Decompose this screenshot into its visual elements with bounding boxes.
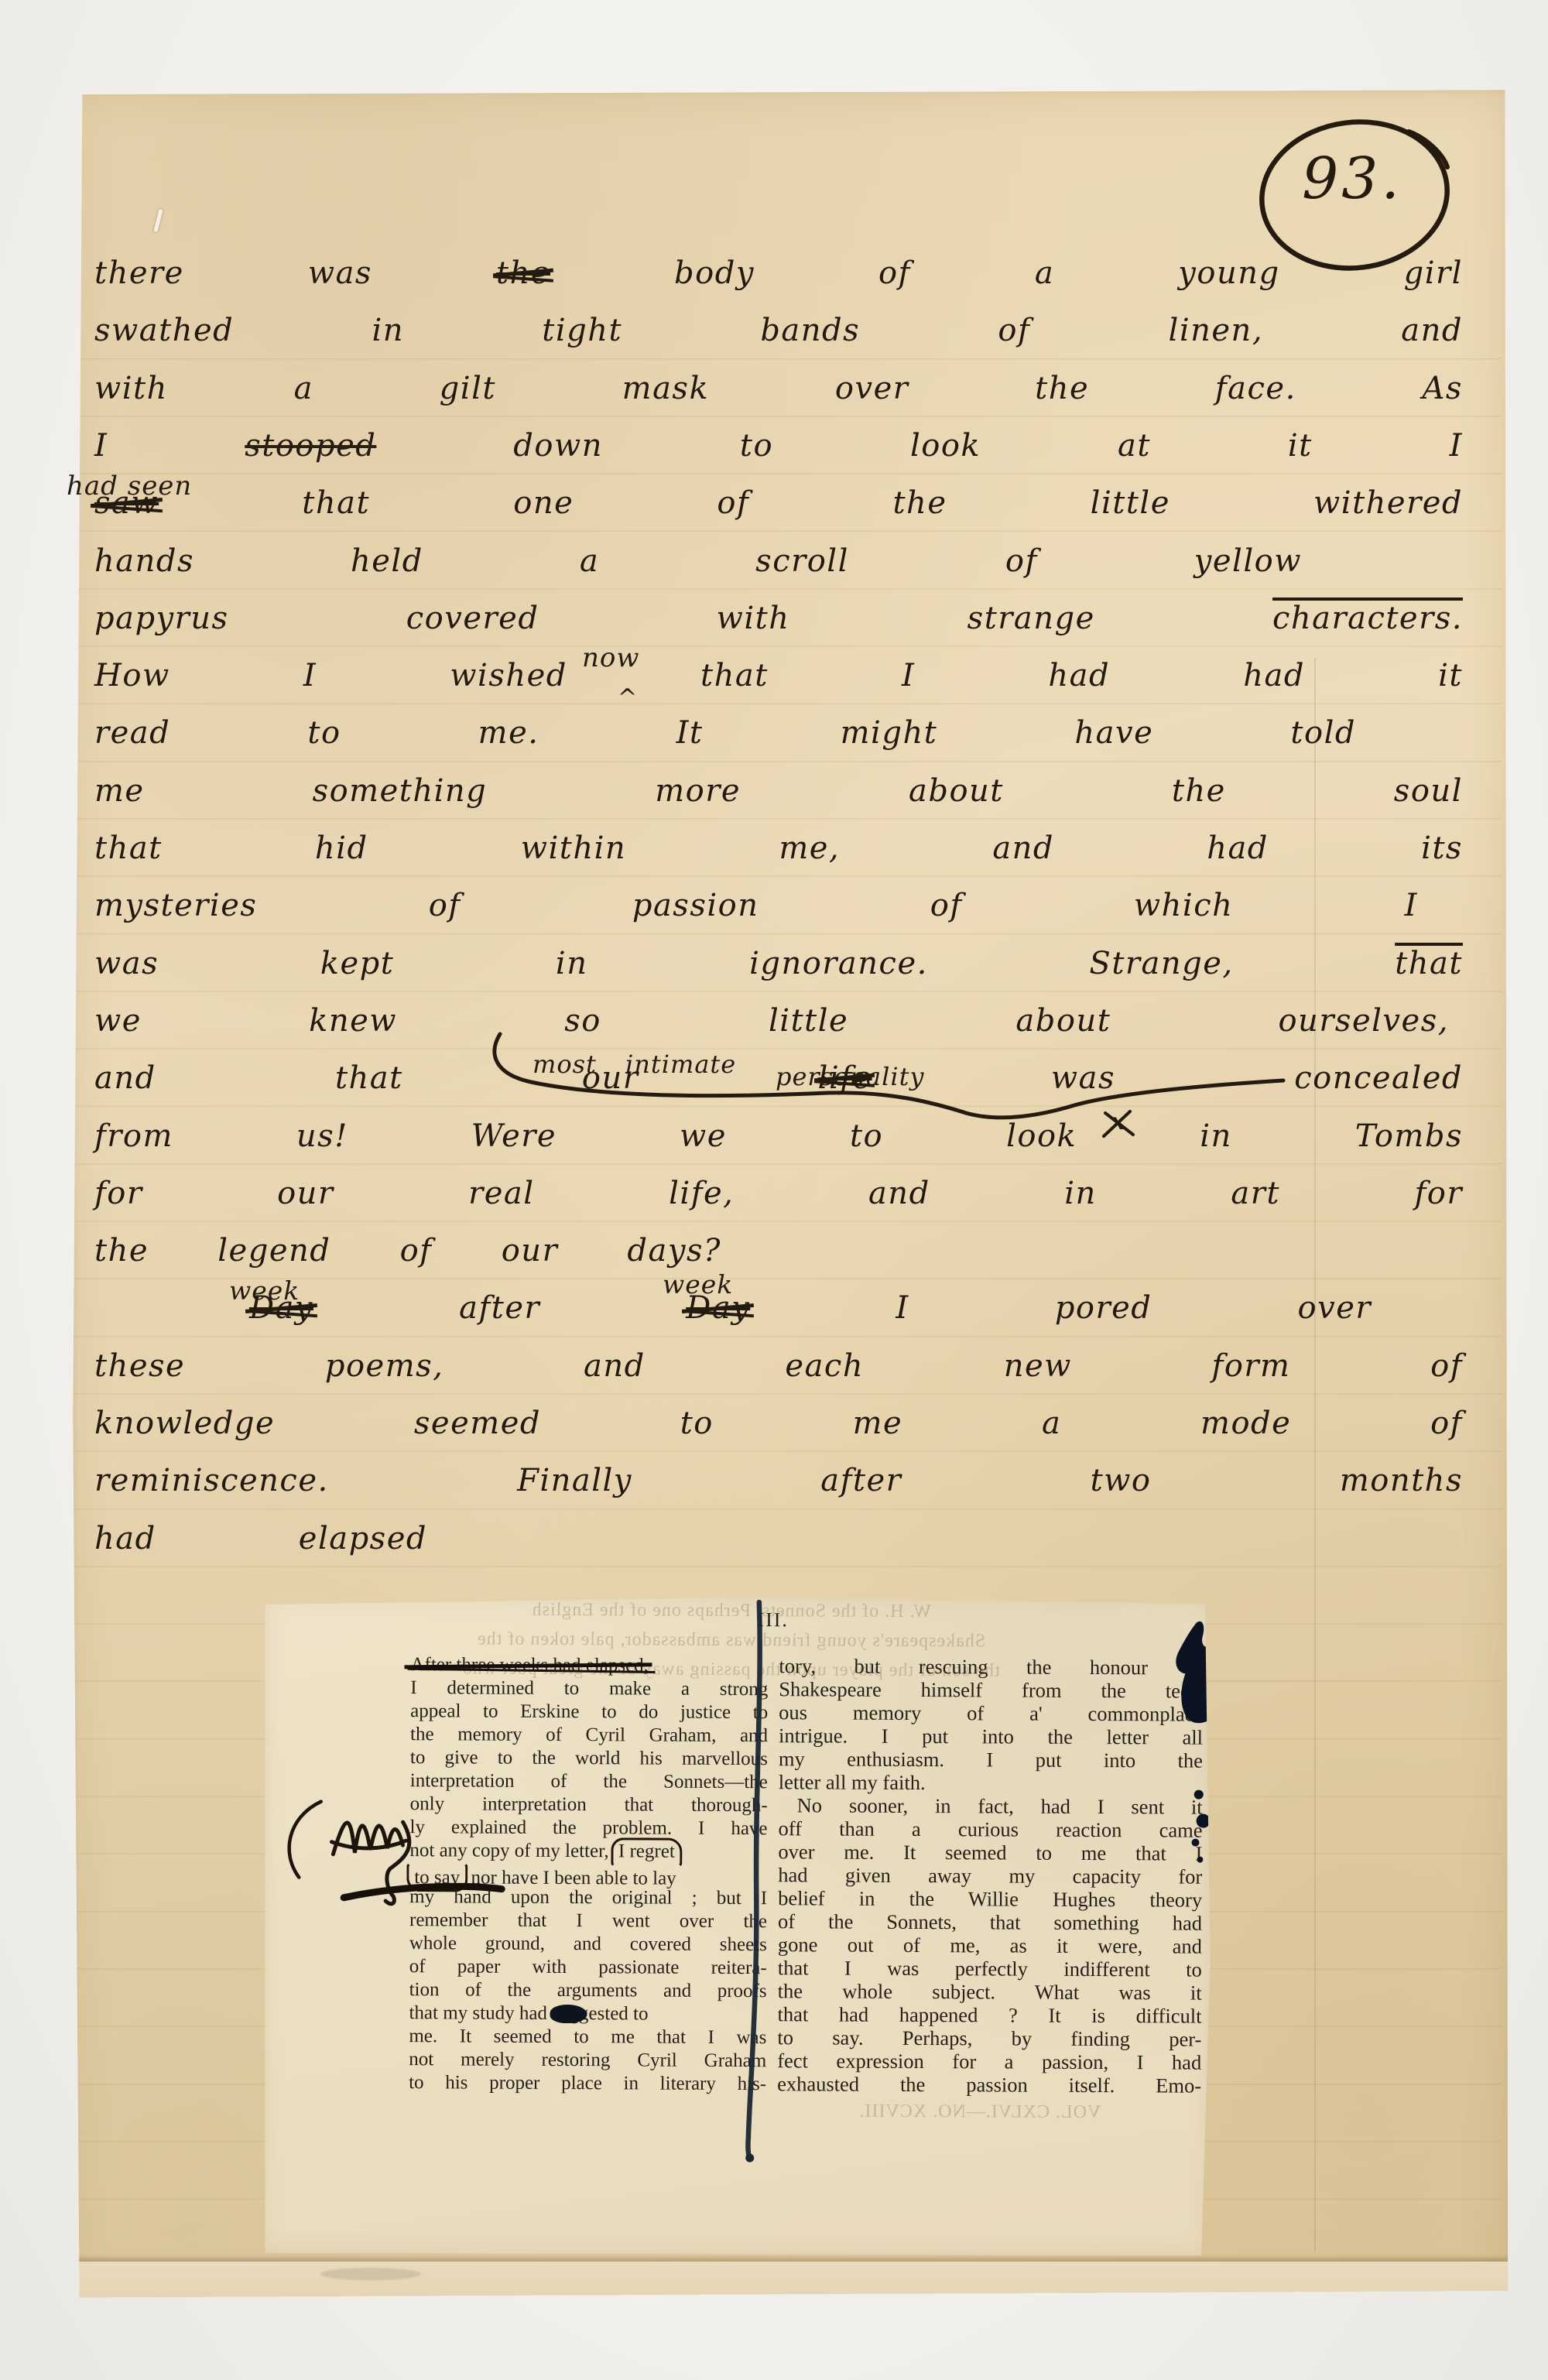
print-segment: fect expression for a passion, I had (777, 2049, 1201, 2074)
print-line: No sooner, in fact, had I sent it (779, 1794, 1203, 1819)
word: we (680, 1118, 727, 1154)
print-line: exhausted the passion itself. Emo- (777, 2073, 1201, 2097)
print-segment: ly explained the problem. I have (409, 1817, 767, 1839)
word: had (1243, 658, 1305, 693)
word: might (841, 715, 938, 751)
word: for (94, 1176, 143, 1211)
word: months (1340, 1463, 1463, 1498)
word: which (1134, 888, 1233, 923)
word: that (700, 658, 769, 693)
margin-scribble (289, 1801, 409, 1903)
manuscript-line: forourreallife,andinartfor (94, 1176, 1463, 1233)
word: Were (471, 1118, 557, 1154)
print-segment: off than a curious reaction came (778, 1817, 1202, 1841)
print-segment-blot-word: suggested (552, 2003, 628, 2024)
word: over (835, 371, 909, 406)
word: of (930, 888, 963, 923)
word: and (94, 1060, 156, 1096)
word: mode (1200, 1406, 1291, 1441)
word: wished (450, 658, 567, 693)
word: ignorance. (749, 946, 928, 981)
word: to (740, 428, 773, 464)
word: the (892, 485, 947, 521)
word: for (1414, 1176, 1463, 1211)
print-line: that I was perfectly indifferent to (778, 1957, 1202, 1981)
word: to (680, 1406, 714, 1441)
word: and (584, 1348, 646, 1384)
word: tight (542, 313, 622, 348)
manuscript-line: therewasthebodyofayounggirl (94, 255, 1463, 313)
word: with (717, 601, 790, 636)
word: a (1035, 255, 1054, 291)
page-number: 93. (1248, 146, 1457, 212)
print-segment: tion of the arguments and proofs (409, 1979, 767, 2002)
print-line: only interpretation that thorough- (410, 1793, 768, 1817)
word: within (521, 830, 626, 866)
manuscript-line: sawthatoneofthelittlewithered (94, 485, 1463, 543)
print-segment: of paper with passionate reitera- (409, 1956, 767, 1978)
word: about (909, 773, 1004, 809)
word: and (1401, 313, 1463, 348)
word: was (308, 255, 372, 291)
word: a (294, 371, 313, 406)
word: bands (760, 313, 860, 348)
word: about (1015, 1003, 1111, 1039)
manuscript-line: IstoopeddowntolookatitI (94, 428, 1463, 485)
word: poems, (325, 1348, 444, 1384)
word: these (94, 1348, 185, 1384)
manuscript-line: papyruscoveredwithstrangecharacters. (94, 601, 1463, 658)
word: and (992, 830, 1054, 866)
manuscript-line: weknewsolittleaboutourselves, (94, 1003, 1449, 1060)
word: with (94, 371, 168, 406)
print-segment: whole ground, and covered sheets (409, 1933, 767, 1955)
word: life, (669, 1176, 734, 1211)
print-segment: intrigue. I put into the letter all (779, 1724, 1203, 1748)
print-line: to give to the world his marvellous (410, 1746, 768, 1771)
manuscript-line: mysteriesofpassionofwhichI (94, 888, 1418, 945)
word: of (1430, 1348, 1463, 1384)
word: face. (1215, 371, 1296, 406)
word: pored (1055, 1290, 1152, 1326)
word: look (910, 428, 981, 464)
word: knowledge (94, 1406, 275, 1441)
word: the (1035, 371, 1089, 406)
word: that (302, 485, 370, 521)
word: papyrus (94, 601, 229, 636)
print-segment: that I was perfectly indifferent to (778, 1956, 1202, 1981)
print-line: ly explained the problem. I have (409, 1816, 767, 1841)
word: gilt (440, 371, 496, 406)
word: of (1005, 543, 1038, 579)
word: Strange, (1089, 946, 1233, 981)
word: of (998, 313, 1030, 348)
manuscript-line: knowledgeseemedtomeamodeof (94, 1406, 1463, 1463)
word: kept (320, 946, 395, 981)
print-segment: to (628, 2003, 649, 2024)
print-segment: not merely restoring Cyril Graham (409, 2049, 766, 2071)
word: ourselves, (1278, 1003, 1448, 1039)
inserted-word: x (1111, 1108, 1125, 1135)
word: at (1118, 428, 1151, 464)
manuscript-line: HowIwishedthatIhadhadit (94, 658, 1463, 715)
print-segment: Shakespeare himself from the tedi- (779, 1677, 1203, 1702)
word: me. (478, 715, 539, 751)
print-segment: me. It seemed to me that I was (409, 2026, 766, 2048)
manuscript-line: waskeptinignorance.Strange,that (94, 946, 1463, 1003)
word: hid (315, 830, 368, 866)
word: held (351, 543, 423, 579)
print-segment: that my study had (409, 2002, 552, 2024)
word: after (820, 1463, 902, 1498)
print-line: my enthusiasm. I put into the (779, 1748, 1203, 1772)
print-line: to his proper place in literary his- (409, 2071, 766, 2096)
word: our (277, 1176, 334, 1211)
word-scribble: the (496, 255, 550, 291)
print-line: ous memory of a' commonplace (779, 1701, 1203, 1726)
print-line: that my study had suggested to (409, 2002, 766, 2026)
print-line: off than a curious reaction came (778, 1817, 1202, 1842)
manuscript-line: hadelapsed (94, 1521, 427, 1578)
under-sheet-edge (65, 2262, 1509, 2302)
word: told (1290, 715, 1356, 751)
word: Finally (517, 1463, 632, 1498)
word: I (1405, 888, 1418, 923)
word: yellow (1194, 543, 1302, 579)
print-segment: ous memory of a' commonplace (779, 1700, 1203, 1725)
print-line: my hand upon the original ; but I (409, 1885, 767, 1910)
print-segment: not any copy of my letter, (409, 1840, 614, 1861)
word: something (313, 773, 488, 809)
print-segment: the memory of Cyril Graham, and (410, 1724, 768, 1746)
word: to (850, 1118, 883, 1154)
print-segment: belief in the Willie Hughes theory (778, 1886, 1202, 1911)
print-segment: remember that I went over the (409, 1909, 767, 1932)
inserted-word: ^ (618, 684, 638, 711)
manuscript-line: fromus!WerewetolookinTombs (94, 1118, 1463, 1176)
word: I (896, 1290, 909, 1326)
paper-scratch (153, 209, 163, 232)
word: that (94, 830, 163, 866)
section-heading: III. (696, 1608, 851, 1632)
print-column-left: After three weeks had elapsed,I determin… (409, 1653, 768, 2096)
word: reminiscence. (94, 1463, 329, 1498)
word: Tombs (1355, 1118, 1463, 1154)
word: girl (1404, 255, 1463, 291)
print-segment: of the Sonnets, that something had (778, 1909, 1202, 1934)
print-segment: had given away my capacity for (778, 1863, 1202, 1888)
word-over: characters. (1272, 601, 1463, 636)
print-line: not merely restoring Cyril Graham (409, 2048, 766, 2073)
print-line: not any copy of my letter, I regret (409, 1839, 767, 1864)
print-line: to say. Perhaps, by finding per- (777, 2026, 1201, 2051)
word: real (468, 1176, 534, 1211)
word: each (785, 1348, 864, 1384)
print-line: of paper with passionate reitera- (409, 1955, 767, 1980)
word: look (1006, 1118, 1077, 1154)
word: mask (622, 371, 710, 406)
word: had (1048, 658, 1110, 693)
print-segment: only interpretation that thorough- (410, 1793, 768, 1816)
inserted-word: week (663, 1269, 733, 1300)
word: body (674, 255, 755, 291)
word: was (1051, 1060, 1115, 1096)
scanned-manuscript-page: { "page": { "number_label": "93." }, "ma… (0, 0, 1548, 2380)
print-segment: that had happened ? It is difficult (777, 2002, 1201, 2027)
print-line: interpretation of the Sonnets—the (410, 1769, 768, 1794)
print-segment-struck-print: After three weeks had elapsed, (410, 1654, 649, 1676)
print-column-right: tory, but rescuing the honour ofShakespe… (777, 1655, 1203, 2097)
word: It (676, 715, 704, 751)
word: of (878, 255, 911, 291)
print-line: whole ground, and covered sheets (409, 1932, 767, 1957)
word: hands (94, 543, 194, 579)
word-over: that (1395, 946, 1463, 981)
print-segment: to give to the world his marvellous (410, 1747, 768, 1769)
manuscript-line: thelegendofourdays? (94, 1233, 721, 1290)
print-line: remember that I went over the (409, 1909, 767, 1933)
word: in (1200, 1118, 1232, 1154)
word: our (502, 1233, 558, 1269)
word: I (1450, 428, 1463, 464)
word: passion (632, 888, 759, 923)
word: in (372, 313, 404, 348)
print-line: intrigue. I put into the letter all (779, 1724, 1203, 1749)
word: that (335, 1060, 403, 1096)
word: it (1288, 428, 1313, 464)
word: we (94, 1003, 142, 1039)
word: in (1064, 1176, 1097, 1211)
print-segment: appeal to Erskine to do justice to (410, 1700, 768, 1723)
print-line: letter all my faith. (779, 1771, 1203, 1796)
inserted-word: week (229, 1276, 300, 1306)
word: of (717, 485, 749, 521)
word: read (94, 715, 170, 751)
word: concealed (1294, 1060, 1463, 1096)
word: had (94, 1521, 156, 1556)
manuscript-line: thathidwithinme,andhadits (94, 830, 1463, 888)
word: me, (779, 830, 840, 866)
print-line: over me. It seemed to me that I (778, 1841, 1202, 1865)
inserted-word: had seen (67, 471, 192, 502)
print-line: the memory of Cyril Graham, and (410, 1723, 768, 1748)
print-line: gone out of me, as it were, and (778, 1933, 1202, 1958)
word: had (1207, 830, 1269, 866)
word: new (1004, 1348, 1072, 1384)
word: swathed (94, 313, 234, 348)
manuscript-line: readtome.Itmighthavetold (94, 715, 1356, 772)
word: form (1212, 1348, 1291, 1384)
print-segment: letter all my faith. (779, 1770, 926, 1794)
word: young (1178, 255, 1279, 291)
print-segment: No sooner, in fact, had I sent it (797, 1793, 1203, 1818)
word: there (94, 255, 184, 291)
print-line: I determined to make a strong (410, 1676, 768, 1701)
word: was (94, 946, 159, 981)
word: after (459, 1290, 540, 1326)
word: I (902, 658, 915, 693)
word: legend (217, 1233, 330, 1269)
print-segment: to say. Perhaps, by finding per- (777, 2026, 1201, 2050)
word: How (94, 658, 170, 693)
word: elapsed (299, 1521, 427, 1556)
print-segment: exhausted the passion itself. Emo- (777, 2072, 1201, 2097)
print-segment: the whole subject. What was it (778, 1979, 1202, 2004)
print-line: After three weeks had elapsed, (410, 1653, 768, 1678)
word: seemed (414, 1406, 541, 1441)
print-segment: over me. It seemed to me that I (778, 1840, 1202, 1865)
word-strike: stooped (245, 428, 376, 464)
print-line: belief in the Willie Hughes theory (778, 1887, 1202, 1912)
word: strange (967, 601, 1095, 636)
print-line: the whole subject. What was it (778, 1980, 1202, 2005)
word: I (303, 658, 317, 693)
word: from (94, 1118, 173, 1154)
word: knew (309, 1003, 397, 1039)
word: more (655, 773, 741, 809)
word: of (1430, 1406, 1463, 1441)
print-line: Shakespeare himself from the tedi- (779, 1678, 1203, 1703)
print-segment: to his proper place in literary his- (409, 2072, 766, 2094)
print-segment: I determined to make a strong (410, 1677, 768, 1700)
word: the (1172, 773, 1226, 809)
word: to (307, 715, 341, 751)
inserted-word: most intimate (533, 1050, 736, 1079)
word: have (1074, 715, 1153, 751)
word: a (1042, 1406, 1061, 1441)
word: a (580, 543, 599, 579)
paper-smudge (320, 2268, 421, 2280)
word: in (556, 946, 588, 981)
inserted-word: personality (776, 1062, 925, 1091)
word: soul (1394, 773, 1463, 809)
word: mysteries (94, 888, 257, 923)
print-segment: my hand upon the original ; but I (409, 1886, 767, 1909)
word: over (1298, 1290, 1372, 1326)
word: it (1438, 658, 1463, 693)
print-line: fect expression for a passion, I had (777, 2050, 1201, 2074)
word: the (94, 1233, 149, 1269)
inserted-word: now (582, 642, 639, 673)
manuscript-line: mesomethingmoreaboutthesoul (94, 773, 1463, 830)
bleedthrough-text: Shakespeare's young friend was ambassado… (298, 1628, 1165, 1653)
print-line: tory, but rescuing the honour of (779, 1655, 1203, 1680)
word: so (564, 1003, 601, 1039)
word: of (400, 1233, 433, 1269)
word: and (868, 1176, 930, 1211)
print-line: tion of the arguments and proofs (409, 1978, 767, 2003)
print-line: appeal to Erskine to do justice to (410, 1700, 768, 1724)
word: its (1421, 830, 1463, 866)
word: of (429, 888, 461, 923)
word: two (1091, 1463, 1152, 1498)
word: one (513, 485, 574, 521)
manuscript-line: reminiscence.Finallyaftertwomonths (94, 1463, 1463, 1520)
print-line: had given away my capacity for (778, 1864, 1202, 1889)
print-line: to say nor have I been able to lay (409, 1862, 767, 1887)
print-segment: interpretation of the Sonnets—the (410, 1770, 768, 1793)
word: I (94, 428, 108, 464)
print-segment: tory, but rescuing the honour of (779, 1654, 1203, 1679)
word: scroll (755, 543, 849, 579)
word: little (1091, 485, 1170, 521)
bleedthrough-text: VOL. CXLVI.—NO. XCVIII. (794, 2101, 1166, 2123)
manuscript-line: swathedintightbandsoflinen,and (94, 313, 1463, 370)
word: covered (406, 601, 539, 636)
manuscript-line: handsheldascrollofyellow (94, 543, 1302, 601)
print-line: of the Sonnets, that something had (778, 1910, 1202, 1935)
word: us! (296, 1118, 348, 1154)
word: linen, (1169, 313, 1264, 348)
print-segment: my enthusiasm. I put into the (779, 1747, 1203, 1772)
word: As (1423, 371, 1463, 406)
manuscript-line: DayafterDayIporedover (249, 1290, 1372, 1348)
word: me (853, 1406, 903, 1441)
print-segment: gone out of me, as it were, and (778, 1933, 1202, 1957)
word: down (513, 428, 603, 464)
pasted-printed-clipping: W. H. of the Sonnets. Perhaps one of the… (259, 1594, 1213, 2258)
word: withered (1313, 485, 1463, 521)
word: little (769, 1003, 848, 1039)
manuscript-line: thesepoems,andeachnewformof (94, 1348, 1463, 1406)
word: me (94, 773, 145, 809)
manuscript-line: withagiltmaskovertheface.As (94, 371, 1463, 428)
print-line: me. It seemed to me that I was (409, 2025, 766, 2050)
word: art (1231, 1176, 1280, 1211)
print-line: that had happened ? It is difficult (777, 2003, 1201, 2028)
word: days? (627, 1233, 721, 1269)
